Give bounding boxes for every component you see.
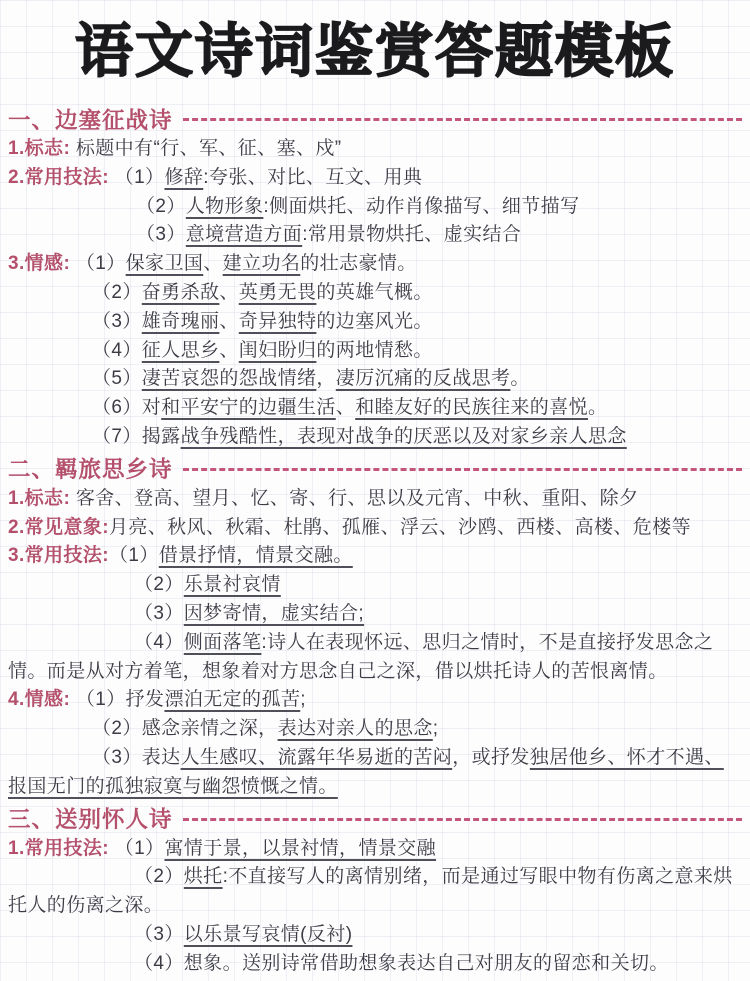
field-label: 4.情感: [8, 689, 70, 710]
underlined-phrase: 和睦友好的民族往来的喜悦 [355, 397, 588, 418]
field-label: 1.常用技法: [8, 838, 109, 859]
underlined-phrase: 修辞 [164, 167, 203, 188]
underlined-phrase: 奇异独特 [239, 311, 317, 332]
text-line: （2）人物形象:侧面烘托、动作肖像描写、细节描写 [8, 193, 742, 222]
text-line: （7）揭露战争残酷性，表现对战争的厌恶以及对家乡亲人思念 [8, 423, 742, 452]
underlined-phrase: 保家卫国 [126, 253, 204, 274]
text-run: （3） [136, 224, 186, 245]
text-run: （3） [134, 603, 184, 624]
text-run: 、 [219, 340, 238, 361]
text-run: 的壮志豪情。 [300, 253, 416, 274]
underlined-phrase: 英勇无畏 [239, 282, 317, 303]
text-run: （1） [109, 838, 164, 859]
text-line: （6）对和平安宁的边疆生活、和睦友好的民族往来的喜悦。 [8, 394, 742, 423]
text-line: （5）凄苦哀怨的怨战情绪，凄厉沉痛的反战思考。 [8, 365, 742, 394]
text-run: （5） [92, 368, 142, 389]
text-run: （3） [92, 311, 142, 332]
text-line: （3）以乐景写哀情(反衬) [8, 921, 742, 950]
underlined-phrase: 借景抒情，情景交融。 [159, 545, 353, 566]
text-run: :常用景物烘托、虚实结合 [302, 224, 521, 245]
underlined-phrase: 战争残酷性，表现对战争的厌恶以及对家乡亲人思念 [181, 426, 627, 447]
text-line: （3）因梦寄情，虚实结合; [8, 600, 742, 629]
underlined-phrase: 征人思乡 [142, 340, 220, 361]
text-run: ; [300, 689, 306, 710]
text-run: 月亮、秋风、秋霜、杜鹃、孤雁、浮云、沙鸥、西楼、高楼、危楼等 [109, 517, 691, 538]
text-run: 客舍、登高、望月、忆、寄、行、思以及元宵、中秋、重阳、除夕 [70, 488, 638, 509]
underlined-phrase: 闺妇盼归 [239, 340, 317, 361]
text-run: 、 [219, 282, 238, 303]
field-label: 2.常见意象: [8, 517, 109, 538]
underlined-phrase: 独居他乡、怀才不遇、 [530, 747, 724, 768]
field-label: 3.常用技法: [8, 545, 109, 566]
underlined-phrase: 奋勇杀敌 [142, 282, 220, 303]
dashed-divider [183, 818, 742, 821]
section-title: 二、羁旅思乡诗 [8, 452, 173, 484]
text-line: （2）乐景衬哀情 [8, 571, 742, 600]
underlined-phrase: 侧面落笔 [184, 632, 262, 653]
section-heading-3: 三、送别怀人诗 [8, 802, 742, 835]
text-run: 的边塞风光。 [316, 311, 432, 332]
text-line: （2）感念亲情之深，表达对亲人的思念; [8, 715, 742, 744]
text-line: 3.情感: （1）保家卫国、建立功名的壮志豪情。 [8, 250, 742, 279]
text-run: 。 [510, 368, 529, 389]
text-line: （4）想象。送别诗常借助想象表达自己对朋友的留恋和关切。 [8, 950, 742, 979]
text-run: （1） [70, 253, 125, 274]
text-line: （4）征人思乡、闺妇盼归的两地情愁。 [8, 337, 742, 366]
dashed-divider [183, 468, 742, 471]
text-run: （3） [134, 924, 184, 945]
text-run: 。 [588, 397, 607, 418]
field-label: 1.标志: [8, 138, 70, 159]
text-line: （3）雄奇瑰丽、奇异独特的边塞风光。 [8, 308, 742, 337]
underlined-phrase: 雄奇瑰丽 [142, 311, 220, 332]
text-line: 3.常用技法:（1）借景抒情，情景交融。 [8, 542, 742, 571]
underlined-phrase: 因梦寄情，虚实结合; [184, 603, 364, 624]
text-run: （4） [92, 340, 142, 361]
text-run: （2） [136, 196, 186, 217]
text-line: 2.常见意象:月亮、秋风、秋霜、杜鹃、孤雁、浮云、沙鸥、西楼、高楼、危楼等 [8, 514, 742, 543]
underlined-phrase: 乐景衬哀情 [184, 574, 281, 595]
text-line: 情。而是从对方着笔，想象着对方思念自己之深，借以烘托诗人的苦恨离情。 [8, 658, 742, 687]
text-run: （4）想象。送别诗常借助想象表达自己对朋友的留恋和关切。 [134, 953, 669, 974]
underlined-phrase: 烘托 [184, 866, 223, 887]
section-heading-1: 一、边塞征战诗 [8, 102, 742, 135]
underlined-phrase: 凄厉沉痛的反战思考 [336, 368, 511, 389]
text-run: （1） [109, 167, 164, 188]
text-run: 、 [203, 253, 222, 274]
notes-page: 语文诗词鉴赏答题模板 一、边塞征战诗1.标志: 标题中有“行、军、征、塞、戍”2… [0, 0, 750, 981]
underlined-phrase: 报国无门的孤独寂寞与幽怨愤慨之情。 [8, 776, 338, 797]
text-line: 1.标志: 客舍、登高、望月、忆、寄、行、思以及元宵、中秋、重阳、除夕 [8, 485, 742, 514]
underlined-phrase: 人物形象 [186, 196, 264, 217]
underlined-phrase: 以乐景写哀情(反衬) [184, 924, 353, 945]
text-run: 情。而是从对方着笔，想象着对方思念自己之深，借以烘托诗人的苦恨离情。 [8, 661, 668, 682]
field-label: 3.情感: [8, 253, 70, 274]
underlined-phrase: 和平安宁的边疆生活 [161, 397, 336, 418]
text-line: 4.情感: （1）抒发漂泊无定的孤苦; [8, 686, 742, 715]
text-run: （2）感念亲情之深， [92, 718, 278, 739]
sections-container: 一、边塞征战诗1.标志: 标题中有“行、军、征、塞、戍”2.常用技法: （1）修… [8, 102, 742, 979]
text-run: 、 [336, 397, 355, 418]
text-run: 、 [219, 311, 238, 332]
section-title: 一、边塞征战诗 [8, 103, 173, 135]
text-line: 1.常用技法: （1）寓情于景，以景衬情，情景交融 [8, 835, 742, 864]
text-run: :不直接写人的离情别绪，而是通过写眼中物有伤离之意来烘 [223, 866, 733, 887]
text-run: :侧面烘托、动作肖像描写、细节描写 [263, 196, 579, 217]
dashed-divider [183, 118, 742, 121]
text-run: （2） [134, 866, 184, 887]
underlined-phrase: 漂泊无定的孤苦 [164, 689, 300, 710]
text-run: ，或抒发 [452, 747, 530, 768]
underlined-phrase: 表达对亲人的思念 [278, 718, 433, 739]
text-line: 报国无门的孤独寂寞与幽怨愤慨之情。 [8, 773, 742, 802]
text-line: （4）侧面落笔:诗人在表现怀远、思归之情时，不是直接抒发思念之 [8, 629, 742, 658]
field-label: 2.常用技法: [8, 167, 109, 188]
text-line: （2）奋勇杀敌、英勇无畏的英雄气概。 [8, 279, 742, 308]
text-line: 2.常用技法: （1）修辞:夸张、对比、互文、用典 [8, 164, 742, 193]
text-run: :诗人在表现怀远、思归之情时，不是直接抒发思念之 [261, 632, 713, 653]
text-run: 托人的伤离之深。 [8, 895, 163, 916]
text-run: 的两地情愁。 [316, 340, 432, 361]
field-label: 1.标志: [8, 488, 70, 509]
text-run: （6）对 [92, 397, 161, 418]
page-title: 语文诗词鉴赏答题模板 [8, 12, 742, 92]
text-line: 1.标志: 标题中有“行、军、征、塞、戍” [8, 135, 742, 164]
text-run: （7）揭露 [92, 426, 181, 447]
text-run: （1） [109, 545, 159, 566]
text-run: ; [433, 718, 439, 739]
text-run: （4） [134, 632, 184, 653]
text-line: （3）表达人生感叹、流露年华易逝的苦闷，或抒发独居他乡、怀才不遇、 [8, 744, 742, 773]
text-run: （2） [92, 282, 142, 303]
text-run: 的英雄气概。 [316, 282, 432, 303]
text-run: :夸张、对比、互文、用典 [203, 167, 422, 188]
text-run: （3）表达 [92, 747, 181, 768]
underlined-phrase: 凄苦哀怨的怨战情绪 [142, 368, 317, 389]
underlined-phrase: 意境营造方面 [186, 224, 302, 245]
text-line: （3）意境营造方面:常用景物烘托、虚实结合 [8, 221, 742, 250]
section-title: 三、送别怀人诗 [8, 802, 173, 834]
underlined-phrase: 建立功名 [223, 253, 301, 274]
underlined-phrase: 寓情于景，以景衬情，情景交融 [164, 838, 436, 859]
text-run: ， [316, 368, 335, 389]
text-run: 标题中有“行、军、征、塞、戍” [70, 138, 341, 159]
underlined-phrase: 人生感叹、流露年华易逝的苦闷 [181, 747, 453, 768]
text-line: 托人的伤离之深。 [8, 892, 742, 921]
text-line: （2）烘托:不直接写人的离情别绪，而是通过写眼中物有伤离之意来烘 [8, 863, 742, 892]
section-heading-2: 二、羁旅思乡诗 [8, 452, 742, 485]
text-run: （1）抒发 [70, 689, 164, 710]
text-run: （2） [134, 574, 184, 595]
